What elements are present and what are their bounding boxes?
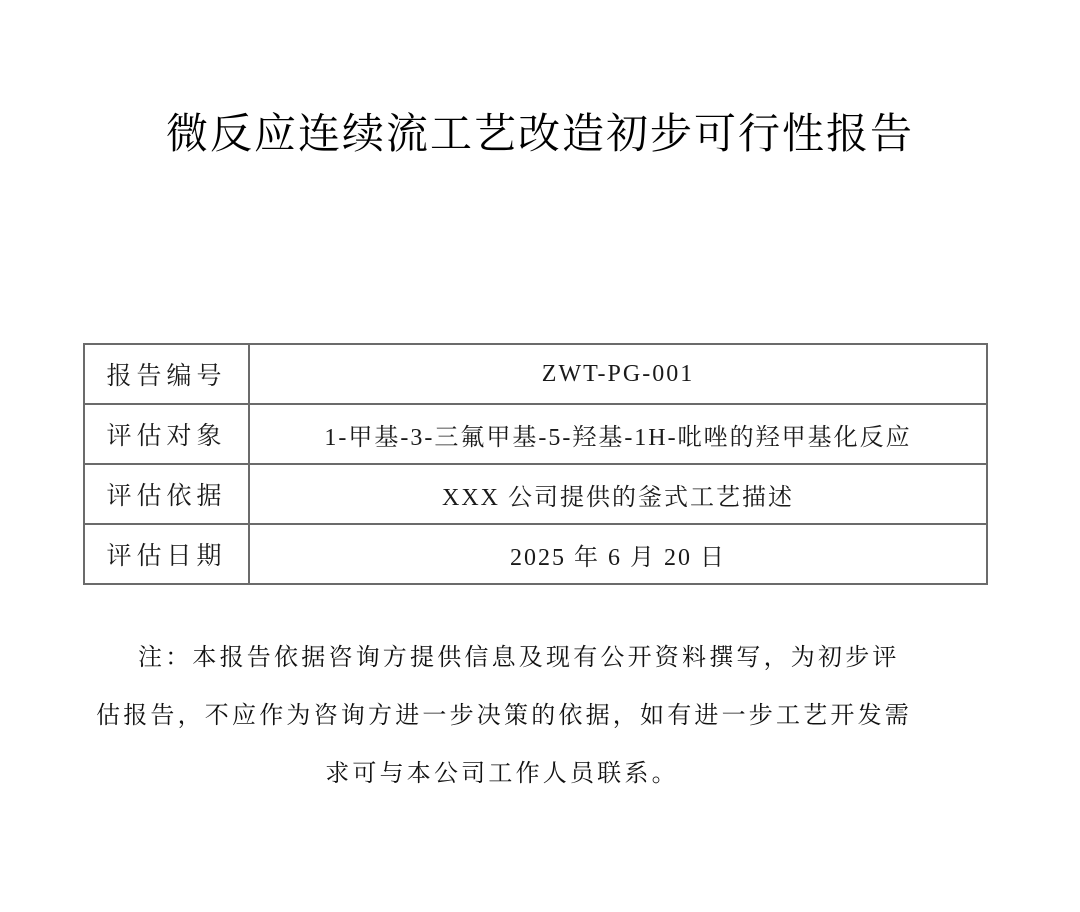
evaluation-date-value: 2025 年 6 月 20 日 (249, 524, 987, 584)
table-row-report-number: 报告编号 ZWT-PG-001 (84, 344, 987, 404)
evaluation-subject-label: 评估对象 (84, 404, 249, 464)
report-info-table: 报告编号 ZWT-PG-001 评估对象 1-甲基-3-三氟甲基-5-羟基-1H… (83, 343, 988, 585)
report-number-label: 报告编号 (84, 344, 249, 404)
evaluation-basis-label: 评估依据 (84, 464, 249, 524)
report-number-value: ZWT-PG-001 (249, 344, 987, 404)
note-line-3: 求可与本公司工作人员联系。 (96, 744, 908, 802)
table-row-evaluation-basis: 评估依据 XXX 公司提供的釜式工艺描述 (84, 464, 987, 524)
note-line-2: 估报告，不应作为咨询方进一步决策的依据，如有进一步工艺开发需 (96, 686, 908, 744)
evaluation-subject-value: 1-甲基-3-三氟甲基-5-羟基-1H-吡唑的羟甲基化反应 (249, 404, 987, 464)
evaluation-date-label: 评估日期 (84, 524, 249, 584)
evaluation-basis-value: XXX 公司提供的釜式工艺描述 (249, 464, 987, 524)
table-row-evaluation-date: 评估日期 2025 年 6 月 20 日 (84, 524, 987, 584)
disclaimer-note: 注：本报告依据咨询方提供信息及现有公开资料撰写，为初步评 估报告，不应作为咨询方… (96, 628, 908, 802)
note-line-1: 注：本报告依据咨询方提供信息及现有公开资料撰写，为初步评 (96, 628, 908, 686)
document-title: 微反应连续流工艺改造初步可行性报告 (0, 106, 1080, 162)
table-row-evaluation-subject: 评估对象 1-甲基-3-三氟甲基-5-羟基-1H-吡唑的羟甲基化反应 (84, 404, 987, 464)
